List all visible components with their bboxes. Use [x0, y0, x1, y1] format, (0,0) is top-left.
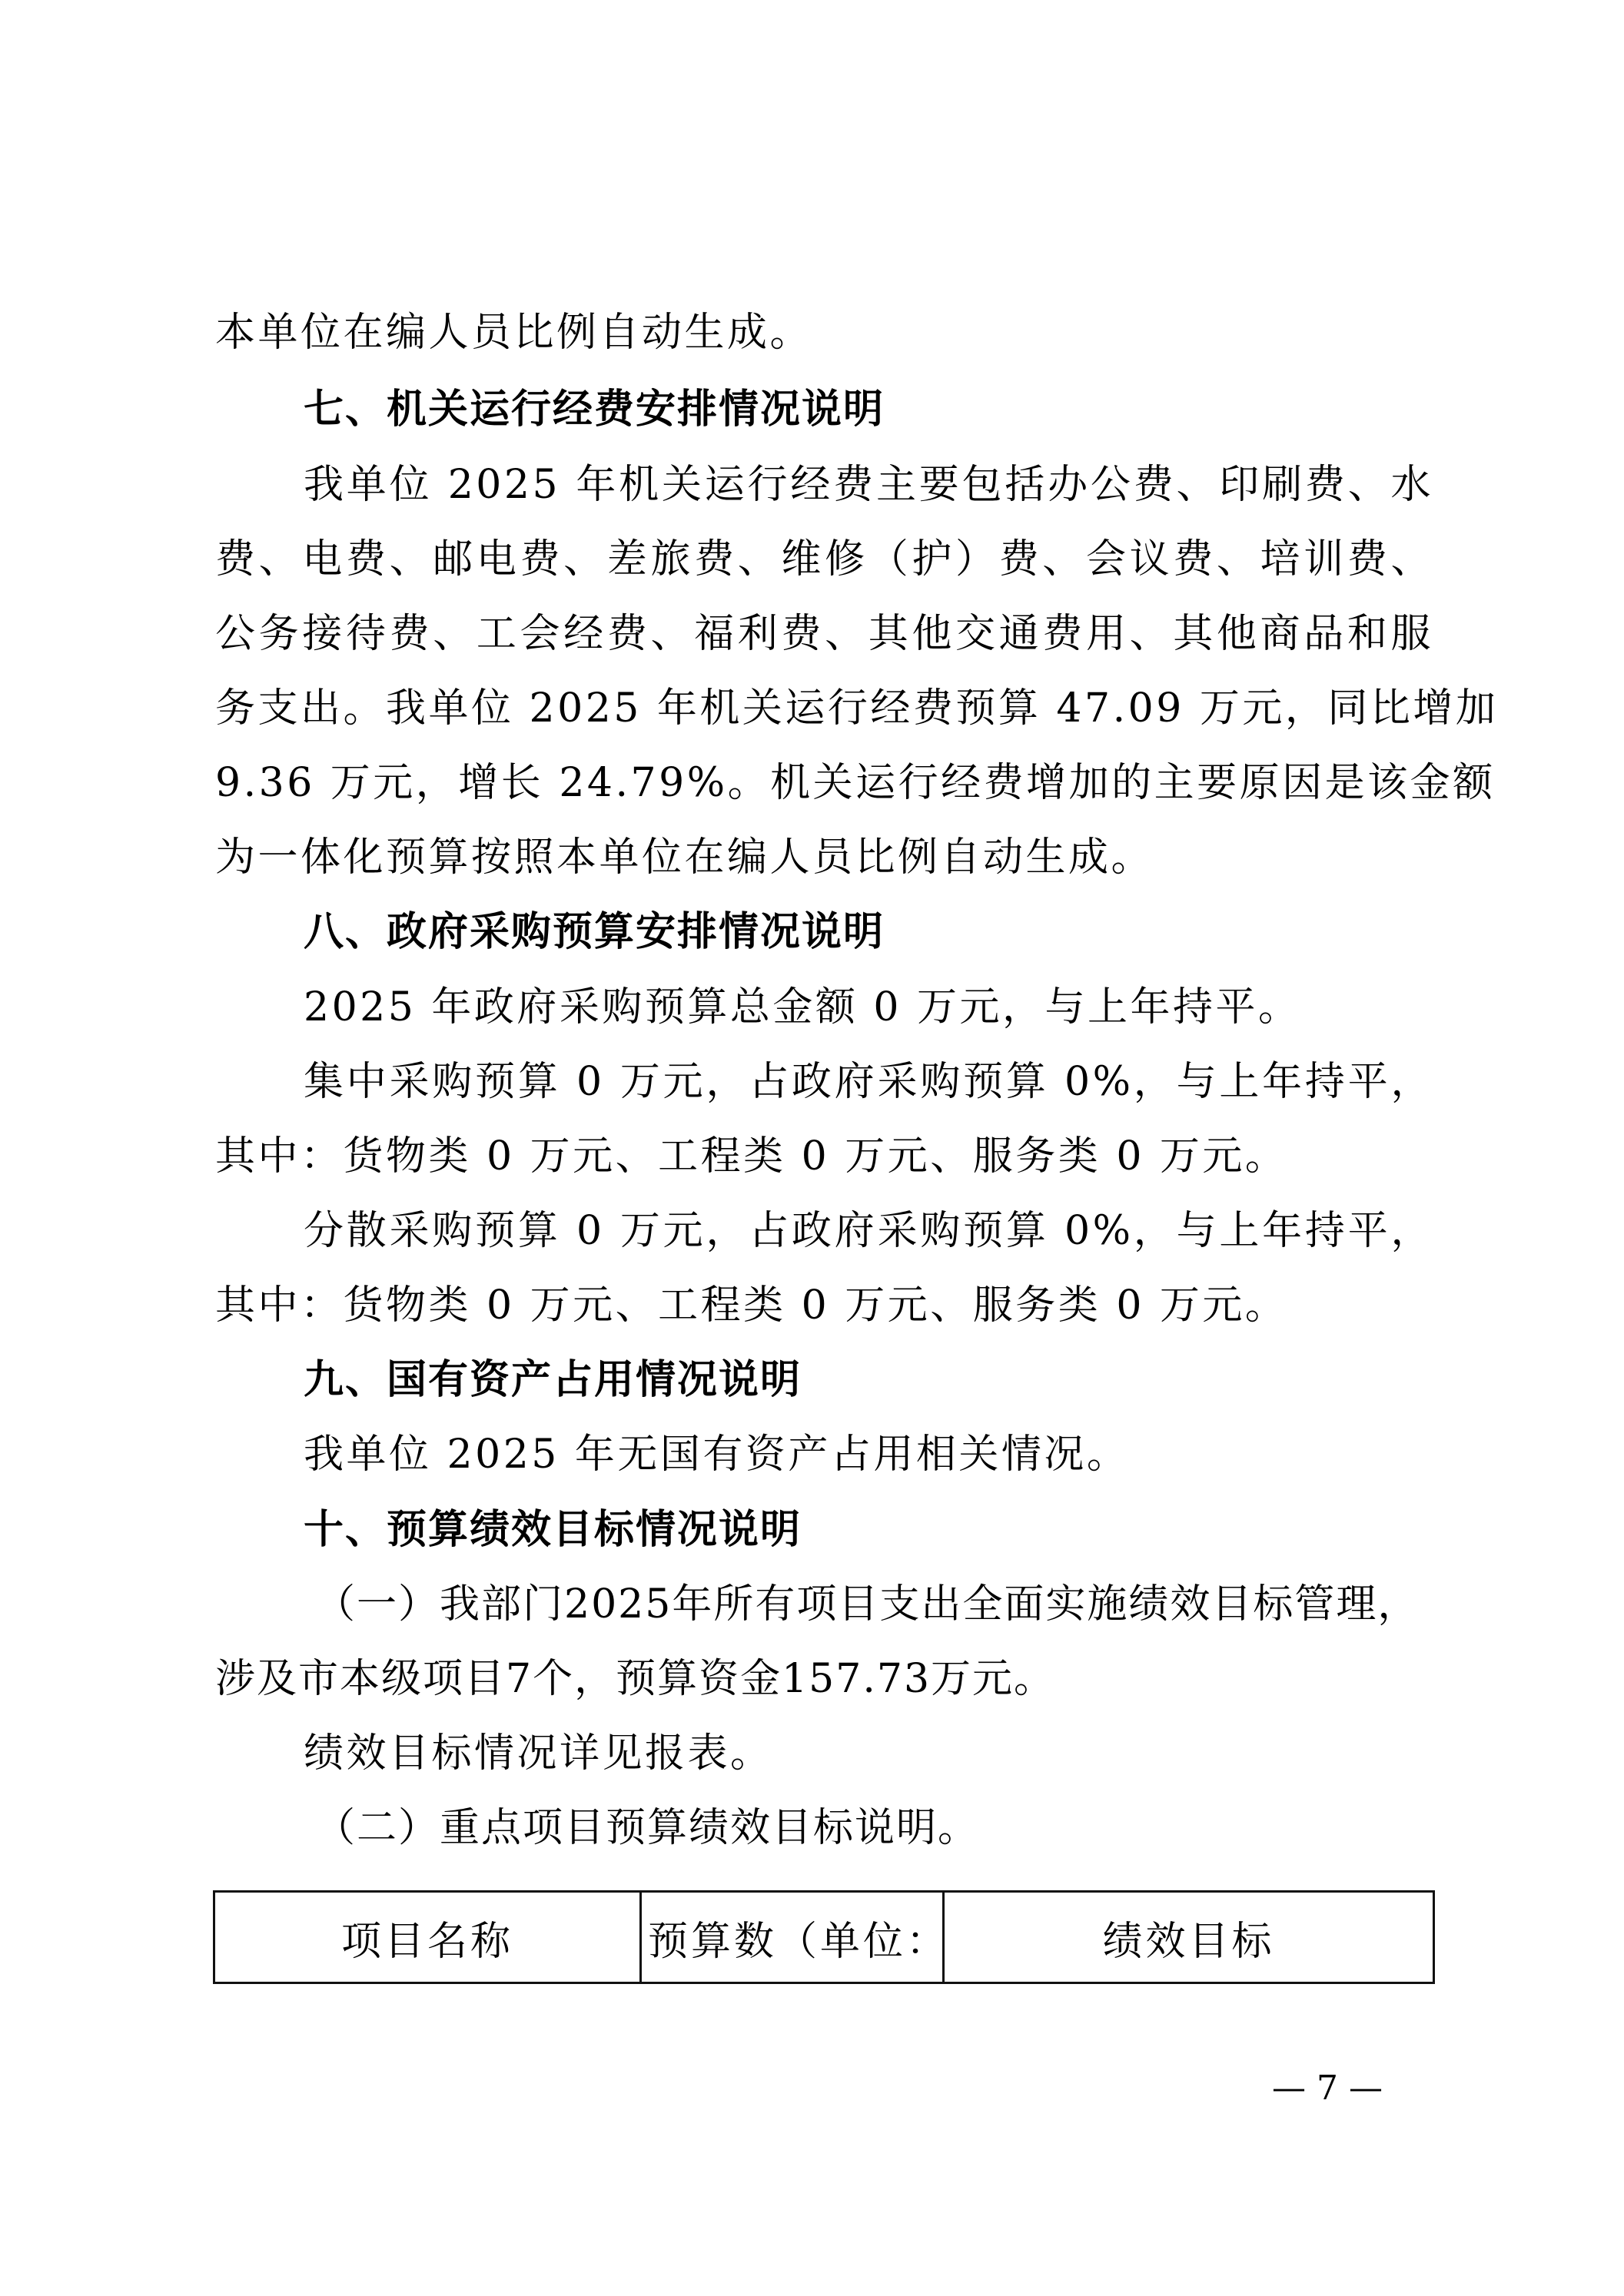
- paragraph-line: 务支出。我单位 2025 年机关运行经费预算 47.09 万元，同比增加: [215, 682, 1433, 735]
- page-number: — 7 —: [1272, 2067, 1383, 2110]
- section-heading-10: 十、预算绩效目标情况说明: [304, 1503, 1433, 1557]
- subsection-heading: （二）重点项目预算绩效目标说明。: [315, 1801, 1533, 1855]
- paragraph-line: 其中：货物类 0 万元、工程类 0 万元、服务类 0 万元。: [215, 1279, 1433, 1332]
- paragraph-line: 集中采购预算 0 万元，占政府采购预算 0%，与上年持平，: [304, 1055, 1433, 1109]
- paragraph-line: 分散采购预算 0 万元，占政府采购预算 0%，与上年持平，: [304, 1204, 1433, 1258]
- paragraph-line: 我单位 2025 年机关运行经费主要包括办公费、印刷费、水: [304, 458, 1433, 512]
- section-heading-8: 八、政府采购预算安排情况说明: [304, 905, 1433, 959]
- paragraph-line: 本单位在编人员比例自动生成。: [215, 306, 1433, 360]
- paragraph-line: 涉及市本级项目7个，预算资金157.73万元。: [215, 1652, 1433, 1706]
- section-heading-7: 七、机关运行经费安排情况说明: [304, 383, 1433, 436]
- paragraph-line: 费、电费、邮电费、差旅费、维修（护）费、会议费、培训费、: [215, 533, 1433, 586]
- paragraph-line: （一）我部门2025年所有项目支出全面实施绩效目标管理，: [315, 1578, 1433, 1631]
- document-page: 本单位在编人员比例自动生成。 七、机关运行经费安排情况说明 我单位 2025 年…: [0, 0, 1624, 2296]
- paragraph-line: 2025 年政府采购预算总金额 0 万元，与上年持平。: [304, 980, 1433, 1034]
- paragraph-line: 其中：货物类 0 万元、工程类 0 万元、服务类 0 万元。: [215, 1130, 1433, 1183]
- column-header-project-name: 项目名称: [214, 1892, 641, 1983]
- paragraph-line: 公务接待费、工会经费、福利费、其他交通费用、其他商品和服: [215, 607, 1433, 661]
- table-header-row: 项目名称 预算数（单位： 绩效目标: [214, 1892, 1434, 1983]
- paragraph-line: 为一体化预算按照本单位在编人员比例自动生成。: [215, 831, 1433, 884]
- column-header-performance-goal: 绩效目标: [944, 1892, 1434, 1983]
- column-header-budget-amount: 预算数（单位：: [641, 1892, 944, 1983]
- paragraph-line: 绩效目标情况详见报表。: [304, 1727, 1433, 1780]
- performance-goals-table: 项目名称 预算数（单位： 绩效目标: [213, 1890, 1435, 1984]
- paragraph-line: 9.36 万元，增长 24.79%。机关运行经费增加的主要原因是该金额: [215, 756, 1433, 810]
- section-heading-9: 九、国有资产占用情况说明: [304, 1353, 1433, 1407]
- paragraph-line: 我单位 2025 年无国有资产占用相关情况。: [304, 1428, 1433, 1481]
